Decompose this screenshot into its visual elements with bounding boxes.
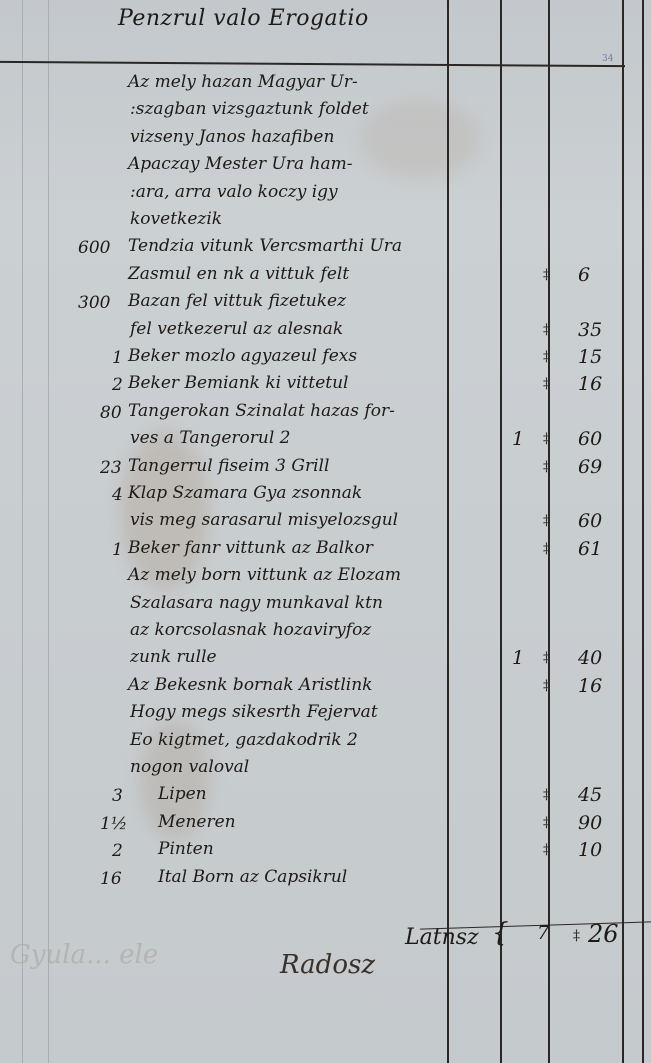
entry-text: Lipen — [158, 784, 207, 804]
tick-mark: ‡ — [543, 376, 550, 392]
folio-number: 34 — [602, 54, 613, 64]
tick-mark: ‡ — [543, 787, 550, 803]
entry-quantity: 3 — [112, 786, 123, 806]
entry-text: Hogy megs sikesrth Fejervat — [130, 702, 378, 722]
entry-text: Ital Born az Capsikrul — [158, 867, 347, 887]
amount-value: 15 — [578, 346, 602, 368]
entry-text: Apaczay Mester Ura ham- — [128, 154, 352, 174]
entry-text: Tangerrul fiseim 3 Grill — [128, 456, 329, 476]
entry-quantity: 16 — [100, 869, 122, 889]
amount-value: 90 — [578, 812, 602, 834]
stain — [360, 100, 480, 180]
amount-value: 35 — [578, 319, 602, 341]
entry-text: Eo kigtmet, gazdakodrik 2 — [130, 730, 358, 750]
entry-quantity: 1½ — [100, 814, 127, 834]
total-col-a: 7 — [537, 922, 549, 944]
tick-mark: ‡ — [543, 459, 550, 475]
entry-quantity: 1 — [112, 348, 123, 368]
margin-rule — [48, 0, 49, 1063]
amount-value: 45 — [578, 784, 602, 806]
tick-mark: ‡ — [543, 678, 550, 694]
tick-mark: ‡ — [543, 513, 550, 529]
entry-text: Az Bekesnk bornak Aristlink — [128, 675, 372, 695]
tick-mark: ‡ — [543, 267, 550, 283]
tick-mark: ‡ — [543, 431, 550, 447]
total-amount: 26 — [588, 920, 619, 948]
entry-quantity: 2 — [112, 375, 123, 395]
entry-text: Tangerokan Szinalat hazas for- — [128, 401, 395, 421]
manuscript-page: Penzrul valo Erogatio 34 Az mely hazan M… — [0, 0, 651, 1063]
entry-text: kovetkezik — [130, 209, 222, 229]
entry-text: ves a Tangerorul 2 — [130, 428, 290, 448]
column-a-mark: 1 — [512, 647, 524, 669]
column-rule — [622, 0, 624, 1063]
entry-quantity: 4 — [112, 485, 123, 505]
entry-text: Zasmul en nk a vittuk felt — [128, 264, 349, 284]
entry-text: nogon valoval — [130, 757, 249, 777]
tick-mark: ‡ — [543, 650, 550, 666]
amount-value: 6 — [578, 264, 590, 286]
entry-text: Pinten — [158, 839, 214, 859]
entry-quantity: 23 — [100, 458, 122, 478]
column-rule — [500, 0, 502, 1063]
tick-mark: ‡ — [573, 928, 580, 944]
entry-text: fel vetkezerul az alesnak — [130, 319, 343, 339]
entry-text: :szagban vizsgaztunk foldet — [130, 99, 369, 119]
page-edge-rule — [642, 0, 644, 1063]
brace-icon: { — [492, 918, 509, 948]
entry-text: Az mely hazan Magyar Ur- — [128, 72, 358, 92]
amount-value: 60 — [578, 428, 602, 450]
entry-text: Bazan fel vittuk fizetukez — [128, 291, 346, 311]
amount-value: 10 — [578, 839, 602, 861]
column-a-mark: 1 — [512, 428, 524, 450]
tick-mark: ‡ — [543, 349, 550, 365]
page-title: Penzrul valo Erogatio — [118, 6, 369, 31]
tick-mark: ‡ — [543, 322, 550, 338]
entry-text: vis meg sarasarul misyelozsgul — [130, 510, 398, 530]
entry-quantity: 300 — [78, 293, 110, 313]
entry-text: Az mely born vittunk az Elozam — [128, 565, 401, 585]
amount-value: 40 — [578, 647, 602, 669]
entry-text: Szalasara nagy munkaval ktn — [130, 593, 383, 613]
amount-value: 60 — [578, 510, 602, 532]
entry-quantity: 2 — [112, 841, 123, 861]
amount-value: 61 — [578, 538, 602, 560]
entry-text: Beker fanr vittunk az Balkor — [128, 538, 373, 558]
entry-text: Klap Szamara Gya zsonnak — [128, 483, 362, 503]
entry-text: :ara, arra valo koczy igy — [130, 182, 338, 202]
entry-text: vizseny Janos hazafiben — [130, 127, 334, 147]
tick-mark: ‡ — [543, 815, 550, 831]
entry-text: Tendzia vitunk Vercsmarthi Ura — [128, 236, 402, 256]
column-rule — [548, 0, 550, 1063]
entry-text: Meneren — [158, 812, 236, 832]
tick-mark: ‡ — [543, 842, 550, 858]
bleed-through-text: Gyula... ele — [10, 940, 158, 970]
amount-value: 16 — [578, 373, 602, 395]
margin-rule — [22, 0, 23, 1063]
entry-text: Beker Bemiank ki vittetul — [128, 373, 348, 393]
entry-text: az korcsolasnak hozaviryfoz — [130, 620, 371, 640]
entry-text: zunk rulle — [130, 647, 217, 667]
entry-quantity: 80 — [100, 403, 122, 423]
amount-value: 16 — [578, 675, 602, 697]
signature: Radosz — [280, 950, 375, 980]
amount-value: 69 — [578, 456, 602, 478]
entry-quantity: 1 — [112, 540, 123, 560]
entry-text: Beker mozlo agyazeul fexs — [128, 346, 357, 366]
total-label: Latnsz — [405, 925, 479, 950]
entry-quantity: 600 — [78, 238, 110, 258]
tick-mark: ‡ — [543, 541, 550, 557]
column-rule — [447, 0, 449, 1063]
header-rule — [0, 61, 625, 67]
